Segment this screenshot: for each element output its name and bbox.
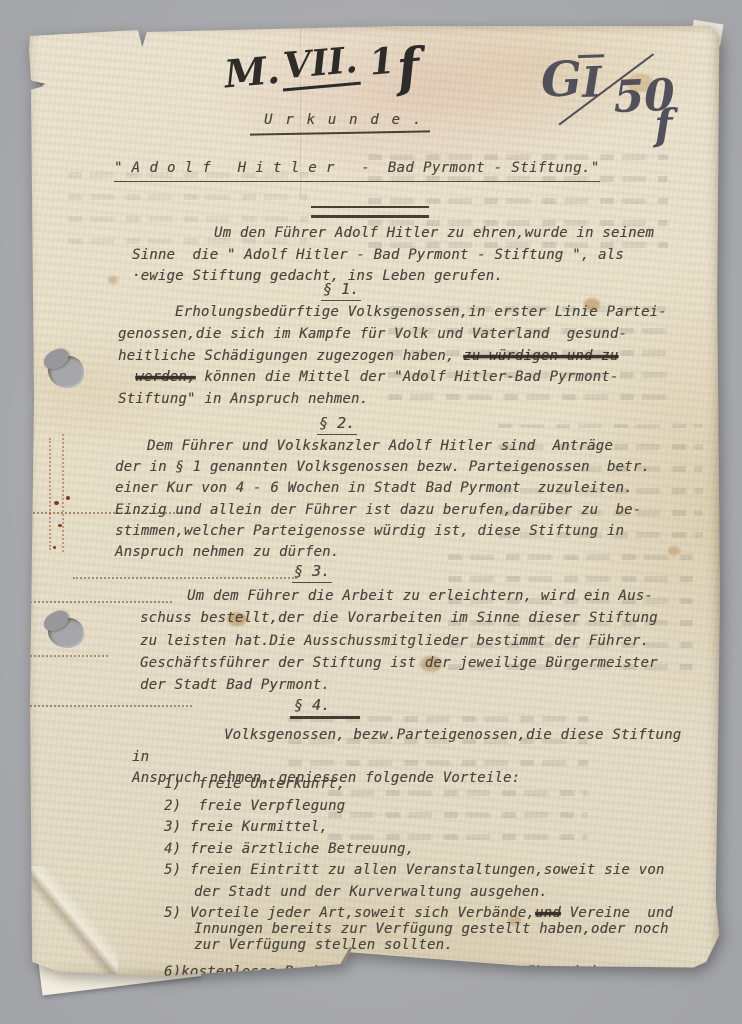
section-4-heading: § 4. — [290, 696, 360, 719]
folded-corner-crease — [28, 866, 118, 978]
archive-mark: M. VII. 1 f — [222, 34, 420, 97]
rust-speck — [53, 546, 56, 549]
archive-mark-roman: VII. — [279, 39, 361, 92]
rust-marks — [49, 438, 51, 550]
archive-mark-suffix: f — [395, 48, 421, 90]
rust-marks — [62, 434, 64, 552]
benefits-list: 1) freie Unterkunft, 2) freie Verpflegun… — [164, 774, 729, 984]
archive-mark-number: 1 — [368, 40, 397, 84]
benefit-item-6: 6)kostenloses Rasieren und Haarschneiden… — [164, 962, 729, 984]
punch-hole — [48, 618, 84, 648]
benefit-item-1: 1) freie Unterkunft, — [164, 774, 729, 796]
dotted-line — [73, 577, 297, 579]
section-2-text: Dem Führer und Volkskanzler Adolf Hitler… — [115, 436, 680, 563]
document-title: " A d o l f H i t l e r - Bad Pyrmont - … — [114, 160, 600, 182]
title-rule — [311, 206, 429, 218]
intro-paragraph: Um den Führer Adolf Hitler zu ehren,wurd… — [132, 223, 697, 288]
document-paper-wrap: M. VII. 1 f G I 50 f U r k u n d e . " A… — [0, 0, 742, 1024]
stain — [108, 276, 118, 284]
section-3-heading: § 3. — [292, 562, 332, 583]
urkunde-heading: U r k u n d e . — [264, 112, 423, 128]
rust-speck — [66, 496, 70, 500]
section-2-heading: § 2. — [317, 414, 357, 435]
section-3-text: Um dem Führer die Arbeit zu erleichtern,… — [140, 585, 705, 696]
struck-text: und — [535, 905, 561, 921]
edge-tear — [29, 78, 46, 89]
dotted-line — [30, 705, 192, 707]
dotted-line — [30, 655, 108, 657]
benefit-item-4: 4) freie ärztliche Betreuung, — [164, 839, 729, 861]
benefit-item-2: 2) freie Verpflegung — [164, 796, 729, 818]
benefit-item-5: 5) freien Eintritt zu allen Veranstaltun… — [164, 860, 729, 903]
shelf-mark-letter: G — [540, 51, 583, 108]
benefit-item-3: 3) freie Kurmittel, — [164, 817, 729, 839]
photo-background: M. VII. 1 f G I 50 f U r k u n d e . " A… — [0, 0, 742, 1024]
urkunde-underline — [250, 130, 430, 135]
struck-text: zu würdigen und zu — [463, 348, 618, 364]
document-paper: M. VII. 1 f G I 50 f U r k u n d e . " A… — [28, 26, 720, 978]
rust-speck — [54, 501, 59, 505]
archive-mark-prefix: M. — [222, 47, 281, 97]
section-1-heading: § 1. — [321, 280, 361, 301]
benefit-item-5b: 5) Vorteile jeder Art,soweit sich Verbän… — [164, 905, 729, 953]
rust-speck — [58, 524, 62, 527]
shelf-mark-suffix: f — [654, 100, 674, 150]
section-1-text: Erholungsbedürftige Volksgenossen,in ers… — [118, 302, 683, 411]
punch-hole — [48, 356, 84, 388]
struck-text: werden, — [135, 369, 195, 385]
